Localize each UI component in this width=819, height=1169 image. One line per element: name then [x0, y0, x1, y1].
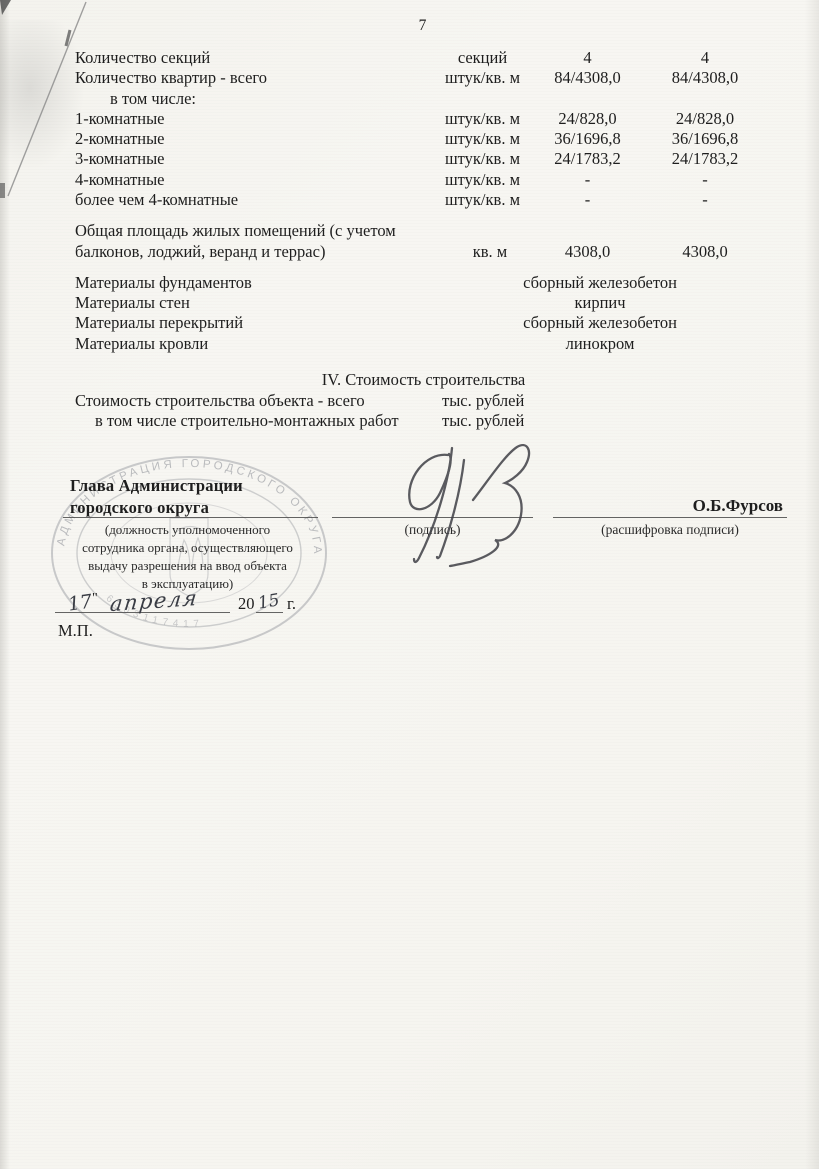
scanned-document-page: 7 Количество секций секций 4 4 Количеств… [0, 0, 819, 1169]
row-value-2: - [645, 190, 765, 210]
material-value: сборный железобетон [450, 273, 750, 293]
row-unit: штук/кв. м [435, 109, 530, 129]
table-row: 3-комнатные штук/кв. м 24/1783,2 24/1783… [0, 149, 819, 169]
row-unit: штук/кв. м [435, 190, 530, 210]
material-label: Материалы перекрытий [75, 313, 450, 333]
material-label: Материалы фундаментов [75, 273, 450, 293]
cost-row-label: Стоимость строительства объекта - всего [75, 391, 442, 411]
signature-line-name [553, 517, 787, 518]
total-area-label-line1: Общая площадь жилых помещений (с учетом [75, 221, 396, 240]
cost-row-unit: тыс. рублей [442, 411, 642, 431]
material-value: кирпич [450, 293, 750, 313]
cost-row: в том числе строительно-монтажных работ … [0, 411, 819, 431]
material-value: сборный железобетон [450, 313, 750, 333]
row-value-1: - [530, 190, 645, 210]
materials-section: Материалы фундаментов сборный железобето… [0, 273, 819, 354]
row-label: 2-комнатные [75, 129, 435, 149]
row-unit: штук/кв. м [435, 129, 530, 149]
cost-section: Стоимость строительства объекта - всего … [0, 391, 819, 432]
handwritten-year: 15 [256, 590, 281, 613]
table-row: 4-комнатные штук/кв. м - - [0, 170, 819, 190]
row-label: Количество квартир - всего [75, 68, 435, 88]
row-unit: штук/кв. м [435, 149, 530, 169]
row-label: 1-комнатные [75, 109, 435, 129]
row-value-2: 4 [645, 48, 765, 68]
date-century: 20 [238, 594, 255, 614]
section-4-title: IV. Стоимость строительства [0, 370, 819, 390]
material-label: Материалы кровли [75, 334, 450, 354]
date-quote-mark: " [92, 591, 98, 607]
row-value-2: 36/1696,8 [645, 129, 765, 149]
material-value: линокром [450, 334, 750, 354]
row-value-1 [530, 89, 645, 109]
material-row: Материалы фундаментов сборный железобето… [0, 273, 819, 293]
cost-row: Стоимость строительства объекта - всего … [0, 391, 819, 411]
signatory-position-line2: городского округа [70, 498, 209, 518]
material-row: Материалы стен кирпич [0, 293, 819, 313]
cost-row-label: в том числе строительно-монтажных работ [75, 411, 442, 431]
table-row: 1-комнатные штук/кв. м 24/828,0 24/828,0 [0, 109, 819, 129]
row-value-1: 4 [530, 48, 645, 68]
name-caption: (расшифровка подписи) [553, 521, 787, 539]
row-value-1: 24/828,0 [530, 109, 645, 129]
indicators-table: Количество секций секций 4 4 Количество … [0, 48, 819, 210]
signatory-position-line1: Глава Администрации [70, 476, 243, 496]
table-row: Количество квартир - всего штук/кв. м 84… [0, 68, 819, 88]
seal-place-abbr: М.П. [58, 621, 93, 641]
row-unit: штук/кв. м [435, 170, 530, 190]
total-area-value-1: 4308,0 [530, 242, 645, 263]
table-row: 2-комнатные штук/кв. м 36/1696,8 36/1696… [0, 129, 819, 149]
total-area-row: Общая площадь жилых помещений (с учетом … [0, 221, 819, 262]
signatory-name: О.Б.Фурсов [553, 496, 783, 516]
row-value-2: 24/828,0 [645, 109, 765, 129]
row-unit: штук/кв. м [435, 68, 530, 88]
total-area-label-line2: балконов, лоджий, веранд и террас) [75, 242, 325, 261]
table-row: более чем 4-комнатные штук/кв. м - - [0, 190, 819, 210]
signature-line-position [63, 517, 318, 518]
position-caption-line: (должность уполномоченного [70, 521, 305, 539]
cost-row-unit: тыс. рублей [442, 391, 642, 411]
material-label: Материалы стен [75, 293, 450, 313]
total-area-value-2: 4308,0 [645, 242, 765, 263]
row-value-1: - [530, 170, 645, 190]
row-value-2: 24/1783,2 [645, 149, 765, 169]
row-value-1: 24/1783,2 [530, 149, 645, 169]
row-label: более чем 4-комнатные [75, 190, 435, 210]
row-value-1: 36/1696,8 [530, 129, 645, 149]
row-value-2: 84/4308,0 [645, 68, 765, 88]
total-area-label: Общая площадь жилых помещений (с учетом … [75, 221, 450, 262]
table-row: Количество секций секций 4 4 [0, 48, 819, 68]
handwritten-signature [395, 438, 545, 573]
row-value-2: - [645, 170, 765, 190]
row-unit [435, 89, 530, 109]
row-label: 3-комнатные [75, 149, 435, 169]
total-area-unit: кв. м [450, 242, 530, 263]
position-caption-line: сотрудника органа, осуществляющего [70, 539, 305, 557]
row-label: 4-комнатные [75, 170, 435, 190]
page-number: 7 [0, 17, 819, 35]
table-row: в том числе: [0, 89, 819, 109]
row-value-2 [645, 89, 765, 109]
row-unit: секций [435, 48, 530, 68]
row-value-1: 84/4308,0 [530, 68, 645, 88]
position-caption: (должность уполномоченного сотрудника ор… [70, 521, 305, 593]
row-label: в том числе: [75, 89, 435, 109]
row-label: Количество секций [75, 48, 435, 68]
material-row: Материалы перекрытий сборный железобетон [0, 313, 819, 333]
date-suffix: г. [287, 594, 296, 614]
position-caption-line: выдачу разрешения на ввод объекта [70, 557, 305, 575]
material-row: Материалы кровли линокром [0, 334, 819, 354]
